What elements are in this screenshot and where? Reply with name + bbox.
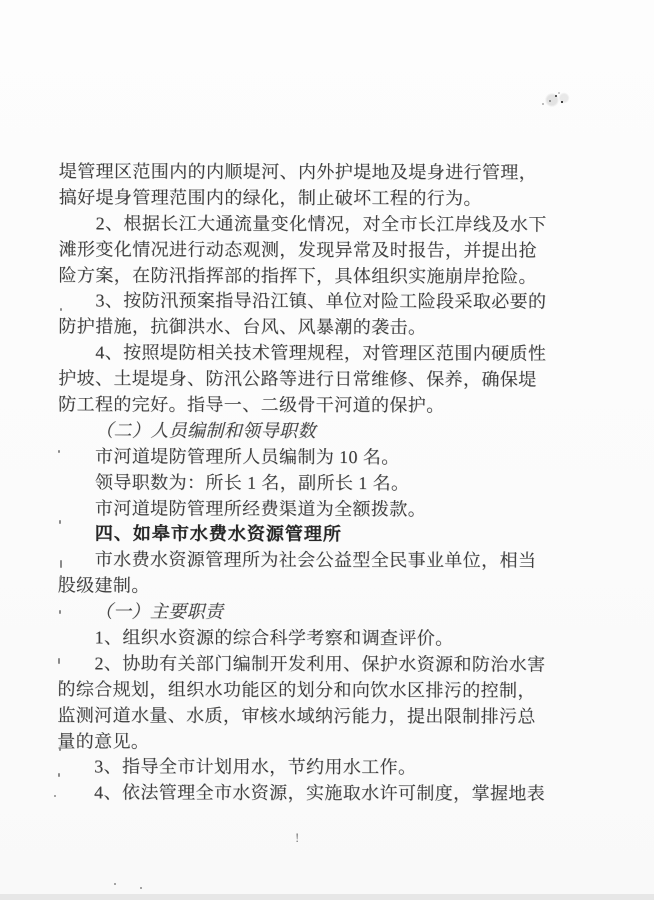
document-text-line: 护坡、土堤堤身、防汛公路等进行日常维修、保养，确保堤 — [58, 366, 618, 393]
document-text-line: 堤管理区范围内的内顺堤河、内外护堤地及堤身进行管理， — [59, 159, 619, 186]
scan-speck — [140, 887, 142, 889]
section-heading-line: 四、如皋市水费水资源管理所 — [58, 522, 618, 549]
document-text-line: 的综合规划，组织水功能区的划分和向饮水区排污的控制， — [57, 677, 617, 704]
scan-speck — [59, 520, 61, 524]
scan-speck — [59, 680, 61, 684]
document-text-line: 防工程的完好。指导一、二级骨干河道的保护。 — [58, 392, 618, 419]
document-text-line: 4、按照堤防相关技术管理规程，对管理区范围内硬质性 — [58, 341, 618, 368]
document-text-line: 3、指导全市计划用水，节约用水工作。 — [57, 755, 617, 782]
document-text-line: 市河道堤防管理所人员编制为 10 名。 — [58, 444, 618, 471]
document-text-line: 1、组织水资源的综合科学考察和调查评价。 — [58, 625, 618, 652]
document-text-line: 量的意见。 — [57, 729, 617, 756]
scan-speck — [59, 610, 61, 614]
document-text-line: （一）主要职责 — [58, 599, 618, 626]
document-text-line: 监测河道水量、水质，审核水域纳污能力，提出限制排污总 — [57, 703, 617, 730]
document-text-line: 2、根据长江大通流量变化情况，对全市长江岸线及水下 — [59, 211, 619, 238]
document-body: 堤管理区范围内的内顺堤河、内外护堤地及堤身进行管理，搞好堤身管理范围内的绿化，制… — [57, 159, 619, 808]
scan-speck — [60, 308, 62, 311]
document-text-line: 股级建制。 — [58, 574, 618, 601]
document-text-line: 搞好堤身管理范围内的绿化，制止破坏工程的行为。 — [59, 185, 619, 212]
document-text-line: （二）人员编制和领导职数 — [58, 418, 618, 445]
scan-speck — [60, 560, 62, 568]
document-text-line: 防护措施，抗御洪水、台风、风暴潮的袭击。 — [58, 315, 618, 342]
scan-bottom-edge — [0, 894, 654, 900]
scan-speck — [59, 747, 61, 751]
scan-speck — [58, 658, 60, 664]
document-text-line: 滩形变化情况进行动态观测，发现异常及时报告，并提出抢 — [59, 237, 619, 264]
scan-speck — [58, 450, 60, 453]
document-text-line: 3、按防汛预案指导沿江镇、单位对险工险段采取必要的 — [58, 289, 618, 316]
scan-speck — [59, 398, 61, 402]
page-number-mark: ! — [295, 830, 299, 846]
scan-speck — [54, 795, 56, 797]
scan-speck — [60, 713, 62, 718]
document-text-line: 市水费水资源管理所为社会公益型全民事业单位，相当 — [58, 548, 618, 575]
scan-smudge — [528, 88, 576, 116]
document-text-line: 险方案，在防汛指挥部的指挥下，具体组织实施崩岸抢险。 — [59, 263, 619, 290]
document-text-line: 市河道堤防管理所经费渠道为全额拨款。 — [58, 496, 618, 523]
scan-speck — [60, 575, 62, 580]
scan-speck — [114, 883, 116, 885]
scanned-document-page: 堤管理区范围内的内顺堤河、内外护堤地及堤身进行管理，搞好堤身管理范围内的绿化，制… — [0, 0, 654, 900]
document-text-line: 领导职数为：所长 1 名，副所长 1 名。 — [58, 470, 618, 497]
scan-speck — [58, 773, 60, 777]
document-text-line: 4、依法管理全市水资源，实施取水许可制度，掌握地表 — [57, 781, 617, 808]
document-text-line: 2、协助有关部门编制开发利用、保护水资源和防治水害 — [57, 651, 617, 678]
